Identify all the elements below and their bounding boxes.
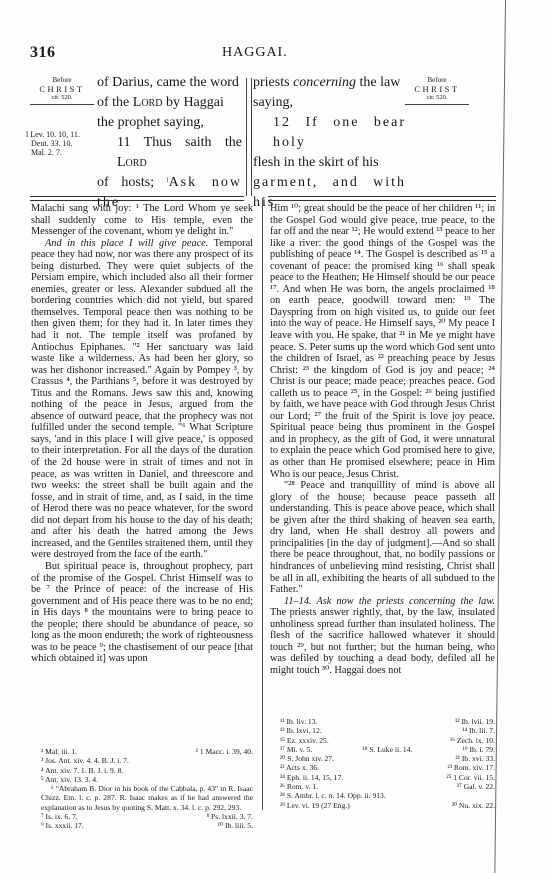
verse-11-start: 11 Thus saith the Lord — [97, 133, 242, 173]
footnote-row: ⁵ Ant. xiv. 13. 3. 4. — [31, 775, 253, 784]
footnote-row: ²² Acts x. 36.²³ Rom. xiv. 17. — [270, 763, 495, 772]
verse-number: 12 — [273, 115, 291, 130]
section-rule-right — [268, 196, 496, 201]
margin-ref: Mal. 2. 7. — [26, 148, 80, 157]
footnotes-left: ¹ Mal. iii. 1.² 1 Macc. i. 39, 40. ³ Jos… — [31, 747, 253, 831]
footnote-row: ²⁸ S. Ambr. l. c. n. 14. Opp. ii. 913. — [270, 791, 495, 800]
commentary-paragraph: Malachi sang with joy: ¹ The Lord Whom y… — [31, 203, 253, 238]
verse-text-left: of Darius, came the word of the Lord by … — [97, 73, 242, 213]
footnote-row: ¹⁵ Ez. xxxiv. 25.¹⁶ Zech. ix. 10. — [270, 736, 495, 745]
commentary-paragraph: 11–14. Ask now the priests concerning th… — [270, 596, 495, 677]
footnote-row: ⁴ Ant. xiv. 7. 1. B. J. i. 9. 8. — [31, 766, 253, 775]
margin-references: l Lev. 10. 10, 11. Deut. 33. 10. Mal. 2.… — [26, 130, 80, 157]
commentary-paragraph: And in this place I will give peace. Tem… — [31, 238, 253, 561]
verse-text-right: priests concerning the law saying, 12 If… — [253, 73, 406, 213]
footnote-row: ⁷ Is. ix. 6, 7.⁸ Ps. lxxii. 3. 7. — [31, 812, 253, 821]
verse-12-start: 12 If one bear holy — [253, 113, 406, 153]
footnotes-right: ¹¹ Ib. liv. 13.¹² Ib. lvii. 19. ¹³ Ib. l… — [270, 717, 495, 810]
verse-line: of the Lord by Haggai — [97, 93, 242, 113]
verse-number: 11 — [117, 135, 130, 150]
footnote-row: ²⁹ Lev. vi. 19 (27 Eng.)³⁰ Nu. xix. 22. — [270, 801, 495, 810]
footnote-row: ¹⁷ Mi. v. 5.¹⁸ S. Luke ii. 14.¹⁹ Ib. i. … — [270, 745, 495, 754]
margin-date-year: cir. 520. — [30, 95, 94, 106]
footnote-row: ¹³ Ib. lxvi. 12.¹⁴ Ib. lii. 7. — [270, 726, 495, 735]
lord-small-caps: Lord — [133, 95, 163, 110]
margin-date-year: cir. 520. — [405, 95, 469, 106]
footnote-row: ¹¹ Ib. liv. 13.¹² Ib. lvii. 19. — [270, 717, 495, 726]
footnote-block: ⁶ "Abraham B. Dior in his book of the Ca… — [31, 784, 253, 812]
margin-date-before: Before — [30, 77, 94, 84]
section-rule-left — [30, 196, 244, 201]
verse-line: saying, — [253, 93, 406, 113]
commentary-paragraph: But spiritual peace is, throughout proph… — [31, 561, 253, 665]
margin-date-christ: CHRIST — [405, 85, 469, 94]
footnote-row: ³ Jos. Ant. xiv. 4. 4. B. J. i. 7. — [31, 756, 253, 765]
footnote-row: ²⁶ Rom. v. 1.²⁷ Gal. v. 22. — [270, 782, 495, 791]
margin-date-right: Before CHRIST cir. 520. — [405, 77, 469, 105]
commentary-paragraph: Him ¹⁰; great should be the peace of her… — [270, 203, 495, 480]
running-head: HAGGAI. — [222, 45, 288, 61]
margin-date-before: Before — [405, 77, 469, 84]
book-page: 316 HAGGAI. Before CHRIST cir. 520. Befo… — [0, 0, 551, 873]
commentary-right: Him ¹⁰; great should be the peace of her… — [270, 203, 495, 676]
commentary-paragraph: "²⁸ Peace and tranquillity of mind is ab… — [270, 480, 495, 595]
commentary-left: Malachi sang with joy: ¹ The Lord Whom y… — [31, 203, 253, 665]
column-divider-double — [246, 78, 252, 196]
footnote-row: ⁹ Is. xxxii. 17.¹⁰ Ib. liii. 5. — [31, 821, 253, 830]
verse-line: flesh in the skirt of his — [253, 153, 406, 173]
lemma: 11–14. Ask now the priests concerning th… — [284, 596, 495, 607]
commentary-column-divider — [262, 198, 263, 810]
page-edge-line — [494, 0, 506, 873]
margin-ref: Deut. 33. 10. — [26, 139, 80, 148]
footnote-row: ²⁴ Eph. ii. 14, 15, 17.²⁵ 1 Cor. vii. 15… — [270, 773, 495, 782]
verse-line: priests concerning the law — [253, 73, 406, 93]
lemma: And in this place I will give peace. — [45, 238, 208, 249]
margin-ref: l Lev. 10. 10, 11. — [26, 130, 80, 139]
margin-date-left: Before CHRIST cir. 520. — [30, 77, 94, 105]
verse-line: of Darius, came the word — [97, 73, 242, 93]
page-number: 316 — [30, 44, 56, 62]
footnote-row: ¹ Mal. iii. 1.² 1 Macc. i. 39, 40. — [31, 747, 253, 756]
verse-line: the prophet saying, — [97, 113, 242, 133]
margin-date-christ: CHRIST — [30, 85, 94, 94]
footnote-row: ²⁰ S. John xiv. 27.²¹ Ib. xvi. 33. — [270, 754, 495, 763]
